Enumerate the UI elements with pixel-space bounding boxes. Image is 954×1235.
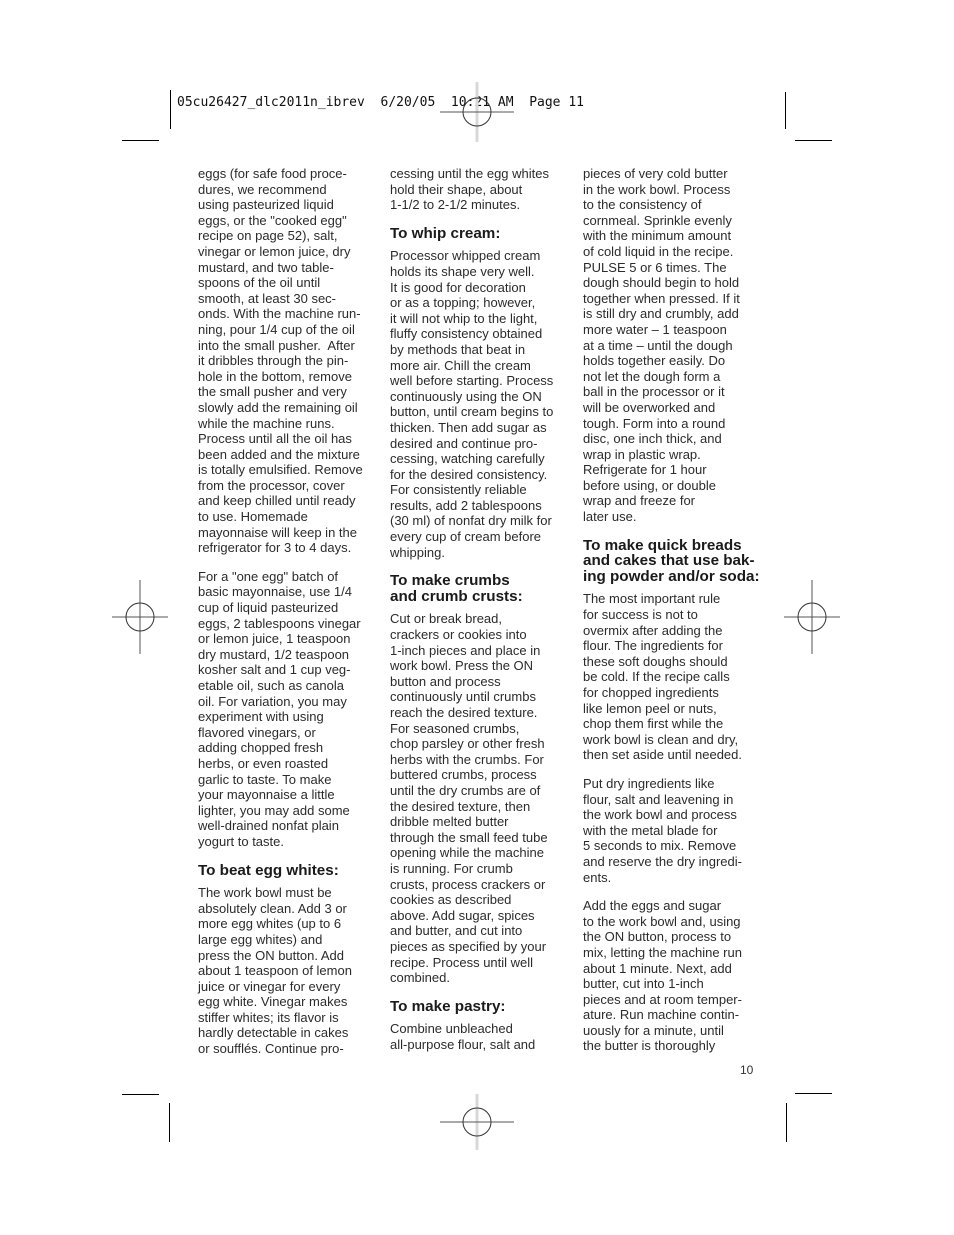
section-heading: To make pastry: [390,999,576,1015]
text-column-2: cessing until the egg whites hold their … [390,166,576,1065]
manual-page: 05cu26427_dlc2011n_ibrev 6/20/05 10:21 A… [0,0,954,1235]
paragraph: The work bowl must be absolutely clean. … [198,885,384,1057]
crop-mark-bottom-right-horizontal [795,1093,832,1094]
section-heading: To beat egg whites: [198,863,384,879]
paragraph: cessing until the egg whites hold their … [390,166,576,213]
section-heading: To whip cream: [390,226,576,242]
paragraph: The most important rule for success is n… [583,591,769,763]
paragraph: For a "one egg" batch of basic mayonnais… [198,569,384,850]
crop-mark-bottom-left-horizontal [122,1094,159,1095]
crop-mark-bottom-right-vertical [786,1103,787,1142]
crop-mark-top-left-horizontal [122,140,159,141]
crop-mark-top-left-vertical [170,90,171,129]
paragraph: Combine unbleached all-purpose flour, sa… [390,1021,576,1052]
registration-mark-left-icon [100,577,180,657]
paragraph: pieces of very cold butter in the work b… [583,166,769,525]
registration-mark-top-icon [427,82,527,142]
paragraph: Cut or break bread, crackers or cookies … [390,611,576,985]
text-column-3: pieces of very cold butter in the work b… [583,166,769,1067]
text-column-1: eggs (for safe food proce- dures, we rec… [198,166,384,1070]
section-heading: To make quick breads and cakes that use … [583,538,769,585]
crop-mark-bottom-left-vertical [169,1103,170,1142]
paragraph: Add the eggs and sugar to the work bowl … [583,898,769,1054]
crop-mark-top-right-horizontal [795,140,832,141]
registration-mark-bottom-icon [427,1092,527,1152]
section-heading: To make crumbs and crumb crusts: [390,573,576,604]
crop-mark-top-right-vertical [785,92,786,129]
registration-mark-right-icon [772,577,852,657]
paragraph: Put dry ingredients like flour, salt and… [583,776,769,885]
paragraph: Processor whipped cream holds its shape … [390,248,576,560]
page-number: 10 [740,1063,753,1077]
paragraph: eggs (for safe food proce- dures, we rec… [198,166,384,556]
